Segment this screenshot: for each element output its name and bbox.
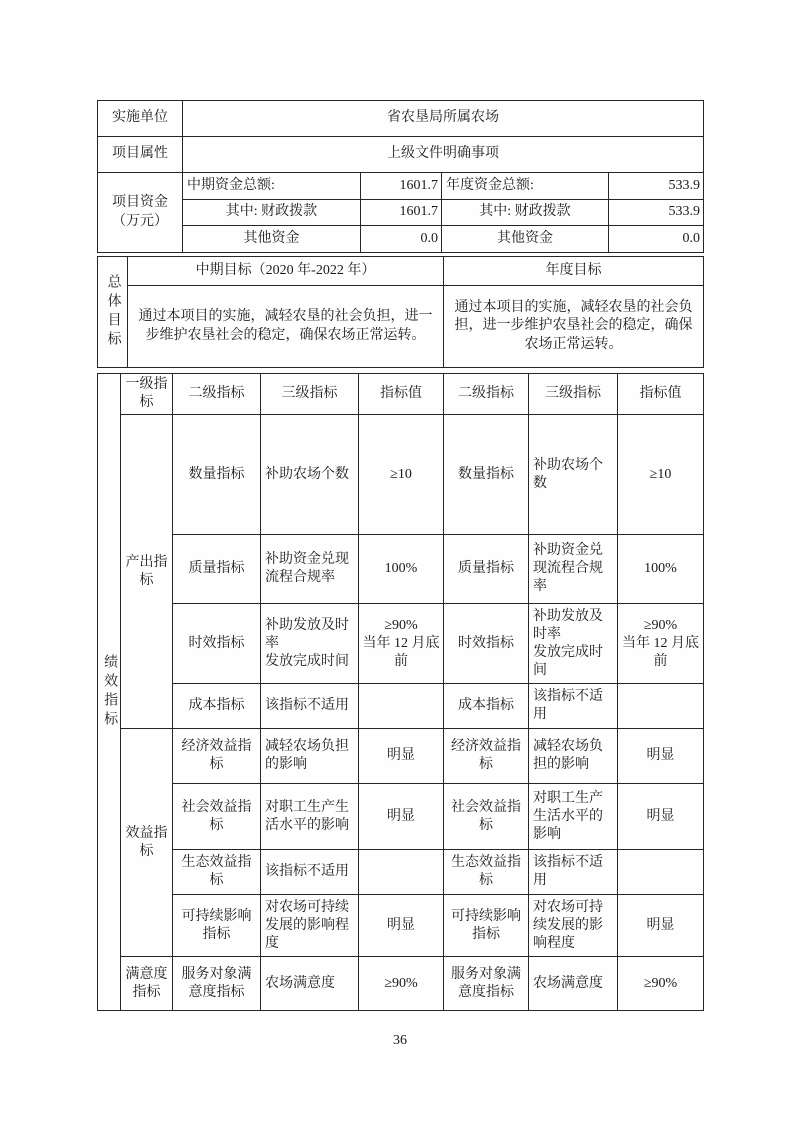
document-body: 实施单位 省农垦局所属农场 项目属性 上级文件明确事项 项目资金 （万元） 中期… bbox=[97, 100, 703, 1011]
satisfaction-l3-mid: 农场满意度 bbox=[261, 957, 359, 1011]
economic-l2-mid: 经济效益指标 bbox=[173, 729, 261, 784]
header-level3-year: 三级指标 bbox=[529, 374, 618, 415]
midterm-other-value: 0.0 bbox=[361, 226, 442, 253]
midterm-fiscal-value: 1601.7 bbox=[361, 200, 442, 226]
economic-value-mid: 明显 bbox=[359, 729, 444, 784]
annual-fund-total-label: 年度资金总额: bbox=[442, 173, 609, 200]
cost-value-year bbox=[618, 684, 704, 729]
implementing-unit-label: 实施单位 bbox=[98, 101, 183, 137]
ecological-value-year bbox=[618, 850, 704, 895]
row-social-benefit-indicator: 社会效益指标 对职工生产生活水平的影响 明显 社会效益指标 对职工生产生活水平的… bbox=[98, 784, 704, 850]
annual-fiscal-label: 其中: 财政拨款 bbox=[442, 200, 609, 226]
ecological-l2-year: 生态效益指标 bbox=[444, 850, 529, 895]
midterm-other-label: 其他资金 bbox=[183, 226, 361, 253]
level1-benefit: 效益指标 bbox=[121, 729, 173, 957]
cost-l2-mid: 成本指标 bbox=[173, 684, 261, 729]
page-number: 36 bbox=[0, 1033, 800, 1049]
sustainability-l3-year: 对农场可持续发展的影响程度 bbox=[529, 895, 618, 957]
quality-l3-mid: 补助资金兑现流程合规率 bbox=[261, 535, 359, 604]
row-satisfaction-indicator: 满意度指标 服务对象满意度指标 农场满意度 ≥90% 服务对象满意度指标 农场满… bbox=[98, 957, 704, 1011]
annual-other-value: 0.0 bbox=[609, 226, 704, 253]
timeliness-l3-mid: 补助发放及时率 发放完成时间 bbox=[261, 604, 359, 684]
row-quality-indicator: 质量指标 补助资金兑现流程合规率 100% 质量指标 补助资金兑现流程合规率 1… bbox=[98, 535, 704, 604]
row-economic-benefit-indicator: 效益指标 经济效益指标 减轻农场负担的影响 明显 经济效益指标 减轻农场负担的影… bbox=[98, 729, 704, 784]
document-page: 实施单位 省农垦局所属农场 项目属性 上级文件明确事项 项目资金 （万元） 中期… bbox=[0, 0, 800, 1129]
midterm-goal-text: 通过本项目的实施，减轻农垦的社会负担，进一步维护农垦社会的稳定，确保农场正常运转… bbox=[128, 286, 444, 368]
economic-value-year: 明显 bbox=[618, 729, 704, 784]
cost-l2-year: 成本指标 bbox=[444, 684, 529, 729]
project-info-table: 实施单位 省农垦局所属农场 项目属性 上级文件明确事项 项目资金 （万元） 中期… bbox=[97, 100, 704, 253]
row-project-attribute: 项目属性 上级文件明确事项 bbox=[98, 137, 704, 173]
row-indicator-headers: 绩效指标 一级指标 二级指标 三级指标 指标值 二级指标 三级指标 指标值 bbox=[98, 374, 704, 415]
sustainability-l2-mid: 可持续影响指标 bbox=[173, 895, 261, 957]
midterm-goal-header: 中期目标（2020 年-2022 年） bbox=[128, 257, 444, 286]
timeliness-l2-year: 时效指标 bbox=[444, 604, 529, 684]
header-level3-mid: 三级指标 bbox=[261, 374, 359, 415]
ecological-value-mid bbox=[359, 850, 444, 895]
cost-l3-mid: 该指标不适用 bbox=[261, 684, 359, 729]
project-attribute-value: 上级文件明确事项 bbox=[183, 137, 704, 173]
social-value-mid: 明显 bbox=[359, 784, 444, 850]
timeliness-value-year: ≥90% 当年 12 月底前 bbox=[618, 604, 704, 684]
quality-l2-mid: 质量指标 bbox=[173, 535, 261, 604]
social-l2-year: 社会效益指标 bbox=[444, 784, 529, 850]
annual-goal-header: 年度目标 bbox=[444, 257, 704, 286]
row-ecological-benefit-indicator: 生态效益指标 该指标不适用 生态效益指标 该指标不适用 bbox=[98, 850, 704, 895]
sustainability-value-year: 明显 bbox=[618, 895, 704, 957]
quantity-l2-year: 数量指标 bbox=[444, 415, 529, 535]
overall-goal-label: 总体目标 bbox=[98, 257, 128, 368]
social-l2-mid: 社会效益指标 bbox=[173, 784, 261, 850]
timeliness-l3-year: 补助发放及时率 发放完成时间 bbox=[529, 604, 618, 684]
midterm-fiscal-label: 其中: 财政拨款 bbox=[183, 200, 361, 226]
timeliness-value-mid: ≥90% 当年 12 月底前 bbox=[359, 604, 444, 684]
level1-output: 产出指标 bbox=[121, 415, 173, 729]
cost-l3-year: 该指标不适用 bbox=[529, 684, 618, 729]
sustainability-l2-year: 可持续影响指标 bbox=[444, 895, 529, 957]
satisfaction-l2-mid: 服务对象满意度指标 bbox=[173, 957, 261, 1011]
quantity-l2-mid: 数量指标 bbox=[173, 415, 261, 535]
ecological-l3-mid: 该指标不适用 bbox=[261, 850, 359, 895]
annual-fiscal-value: 533.9 bbox=[609, 200, 704, 226]
row-goal-headers: 总体目标 中期目标（2020 年-2022 年） 年度目标 bbox=[98, 257, 704, 286]
quality-l3-year: 补助资金兑现流程合规率 bbox=[529, 535, 618, 604]
header-value-year: 指标值 bbox=[618, 374, 704, 415]
economic-l2-year: 经济效益指标 bbox=[444, 729, 529, 784]
social-l3-year: 对职工生产生活水平的影响 bbox=[529, 784, 618, 850]
social-l3-mid: 对职工生产生活水平的影响 bbox=[261, 784, 359, 850]
row-sustainability-indicator: 可持续影响指标 对农场可持续发展的影响程度 明显 可持续影响指标 对农场可持续发… bbox=[98, 895, 704, 957]
level1-satisfaction: 满意度指标 bbox=[121, 957, 173, 1011]
quantity-value-year: ≥10 bbox=[618, 415, 704, 535]
economic-l3-mid: 减轻农场负担的影响 bbox=[261, 729, 359, 784]
header-value-mid: 指标值 bbox=[359, 374, 444, 415]
overall-goals-table: 总体目标 中期目标（2020 年-2022 年） 年度目标 通过本项目的实施，减… bbox=[97, 256, 704, 368]
quality-value-year: 100% bbox=[618, 535, 704, 604]
project-attribute-label: 项目属性 bbox=[98, 137, 183, 173]
header-level1: 一级指标 bbox=[121, 374, 173, 415]
sustainability-l3-mid: 对农场可持续发展的影响程度 bbox=[261, 895, 359, 957]
satisfaction-value-year: ≥90% bbox=[618, 957, 704, 1011]
quantity-l3-year: 补助农场个数 bbox=[529, 415, 618, 535]
annual-other-label: 其他资金 bbox=[442, 226, 609, 253]
ecological-l3-year: 该指标不适用 bbox=[529, 850, 618, 895]
header-level2-mid: 二级指标 bbox=[173, 374, 261, 415]
row-cost-indicator: 成本指标 该指标不适用 成本指标 该指标不适用 bbox=[98, 684, 704, 729]
quality-value-mid: 100% bbox=[359, 535, 444, 604]
midterm-fund-total-value: 1601.7 bbox=[361, 173, 442, 200]
row-fund-total: 项目资金 （万元） 中期资金总额: 1601.7 年度资金总额: 533.9 bbox=[98, 173, 704, 200]
implementing-unit-value: 省农垦局所属农场 bbox=[183, 101, 704, 137]
quantity-l3-mid: 补助农场个数 bbox=[261, 415, 359, 535]
row-timeliness-indicator: 时效指标 补助发放及时率 发放完成时间 ≥90% 当年 12 月底前 时效指标 … bbox=[98, 604, 704, 684]
quality-l2-year: 质量指标 bbox=[444, 535, 529, 604]
sustainability-value-mid: 明显 bbox=[359, 895, 444, 957]
row-goal-texts: 通过本项目的实施，减轻农垦的社会负担，进一步维护农垦社会的稳定，确保农场正常运转… bbox=[98, 286, 704, 368]
row-fund-fiscal: 其中: 财政拨款 1601.7 其中: 财政拨款 533.9 bbox=[98, 200, 704, 226]
ecological-l2-mid: 生态效益指标 bbox=[173, 850, 261, 895]
annual-goal-text: 通过本项目的实施，减轻农垦的社会负担，进一步维护农垦社会的稳定，确保农场正常运转… bbox=[444, 286, 704, 368]
economic-l3-year: 减轻农场负担的影响 bbox=[529, 729, 618, 784]
performance-indicator-label: 绩效指标 bbox=[98, 374, 121, 1011]
quantity-value-mid: ≥10 bbox=[359, 415, 444, 535]
project-fund-label: 项目资金 （万元） bbox=[98, 173, 183, 253]
satisfaction-l2-year: 服务对象满意度指标 bbox=[444, 957, 529, 1011]
satisfaction-value-mid: ≥90% bbox=[359, 957, 444, 1011]
row-fund-other: 其他资金 0.0 其他资金 0.0 bbox=[98, 226, 704, 253]
cost-value-mid bbox=[359, 684, 444, 729]
midterm-fund-total-label: 中期资金总额: bbox=[183, 173, 361, 200]
row-implementing-unit: 实施单位 省农垦局所属农场 bbox=[98, 101, 704, 137]
performance-indicators-table: 绩效指标 一级指标 二级指标 三级指标 指标值 二级指标 三级指标 指标值 产出… bbox=[97, 373, 704, 1011]
annual-fund-total-value: 533.9 bbox=[609, 173, 704, 200]
social-value-year: 明显 bbox=[618, 784, 704, 850]
satisfaction-l3-year: 农场满意度 bbox=[529, 957, 618, 1011]
row-quantity-indicator: 产出指标 数量指标 补助农场个数 ≥10 数量指标 补助农场个数 ≥10 bbox=[98, 415, 704, 535]
timeliness-l2-mid: 时效指标 bbox=[173, 604, 261, 684]
header-level2-year: 二级指标 bbox=[444, 374, 529, 415]
